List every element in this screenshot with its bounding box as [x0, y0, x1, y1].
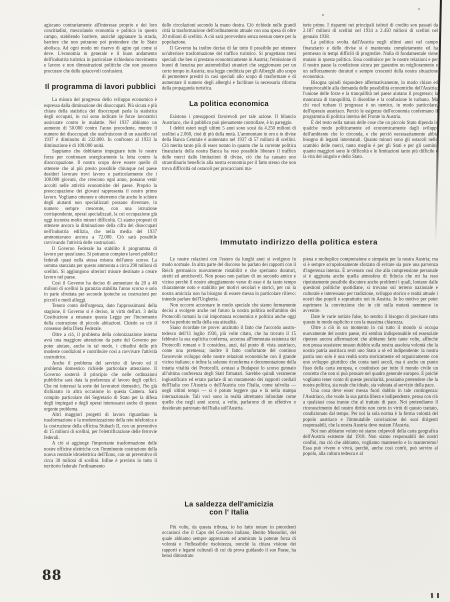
paragraph: Le nostre relazioni con l'estero da lung… — [162, 257, 296, 303]
paragraph: Siano ricordate tre prove: anzitutto il … — [162, 326, 296, 412]
middle-column-foreign-paragraphs: Le nostre relazioni con l'estero da lung… — [162, 257, 296, 412]
paragraph: La misura del progresso dello sviluppo e… — [44, 98, 157, 150]
paragraph: Non occorre accennare in modo speciale c… — [162, 303, 296, 326]
right-column-foreign: piena e molteplice comprensione e simpat… — [303, 257, 438, 570]
heading-foreign-policy: Immutato indirizzo della politica estera — [160, 238, 438, 252]
paragraph: Il Governo ha inoltre deciso di far tutt… — [162, 46, 296, 92]
scan-speck — [431, 593, 433, 598]
right-column-top: terie prime. I risparmi nei principali i… — [303, 23, 438, 236]
paragraph: Altri maggiori progetti di lavoro riguar… — [44, 413, 157, 442]
scanned-journal-page: agiscano contrariamente all'interesse pr… — [0, 0, 450, 602]
paragraph: Più volte, da questa tribuna, io ho fatt… — [162, 525, 296, 559]
middle-column-intro: delle circolazioni secondo la mano destr… — [162, 23, 296, 92]
paragraph: Noi non abbiamo voluto nè siamo colpevol… — [303, 429, 438, 458]
heading-italy-line2: con l' Italia — [162, 509, 296, 517]
paragraph: Anche il problema del servizio di lavoro… — [44, 361, 157, 413]
middle-column-foreign: Le nostre relazioni con l'estero da lung… — [162, 257, 296, 499]
scan-speck — [418, 8, 420, 10]
paragraph: A ciò si aggiunge l'importante trasforma… — [44, 441, 157, 470]
paragraph: Oltre a ciò in un momento in cui tutto i… — [303, 326, 438, 389]
paragraph: Così il Governo ha deciso di aumentare d… — [44, 281, 157, 304]
heading-public-works: Il programma di lavori pubblici — [44, 83, 157, 91]
paragraph: Bisogna quindi rispondere affermativamen… — [303, 80, 438, 120]
middle-column-italy-paragraphs: Più volte, da questa tribuna, io ho fatt… — [162, 525, 296, 559]
paragraph: Tenuto conto dell'urgenza, dato l'appros… — [44, 304, 157, 333]
middle-column-economics: Esistono i presupposti favorevoli per ta… — [162, 115, 296, 172]
middle-column-top: delle circolazioni secondo la mano destr… — [162, 23, 296, 238]
paragraph: Il Governo Federale ha stabilito il prog… — [44, 246, 157, 280]
heading-italy-friendship: La saldezza dell'amicizia con l' Italia — [162, 501, 296, 523]
left-column: agiscano contrariamente all'interesse pr… — [44, 23, 157, 565]
right-column-foreign-paragraphs: piena e molteplice comprensione e simpat… — [303, 257, 438, 457]
paragraph: Una cosa deve esser messa fuori dubbio i… — [303, 389, 438, 429]
paragraph: agiscano contrariamente all'interesse pr… — [44, 23, 157, 75]
scan-speck — [437, 593, 439, 598]
paragraph: terie prime. I risparmi nei principali i… — [303, 23, 438, 40]
paragraph: Sappiamo che dobbiamo impegnare tutte le… — [44, 149, 157, 246]
left-column-intro: agiscano contrariamente all'interesse pr… — [44, 23, 157, 75]
paragraph: Esistono i presupposti favorevoli per ta… — [162, 115, 296, 126]
paragraph: È del resto nella natura delle cose che … — [303, 120, 438, 160]
right-column-economics: terie prime. I risparmi nei principali i… — [303, 23, 438, 160]
paragraph: Date le varie notizie false, ho sentito … — [303, 314, 438, 325]
scan-speck — [322, 14, 324, 16]
left-column-public-works: La misura del progresso dello sviluppo e… — [44, 98, 157, 470]
heading-economic-policy: La politica economica — [162, 100, 296, 108]
paragraph: delle circolazioni secondo la mano destr… — [162, 23, 296, 46]
middle-column-italy: Più volte, da questa tribuna, io ho fatt… — [162, 525, 296, 567]
paragraph: Oltre a ciò, il problema della colonizza… — [44, 332, 157, 361]
page-number: 88 — [42, 568, 62, 584]
paragraph: La politica svolta dall'Austria negli ul… — [303, 40, 438, 80]
paragraph: piena e molteplice comprensione e simpat… — [303, 257, 438, 314]
paragraph: I debiti esteri negli ultimi 5 anni sono… — [162, 126, 296, 172]
